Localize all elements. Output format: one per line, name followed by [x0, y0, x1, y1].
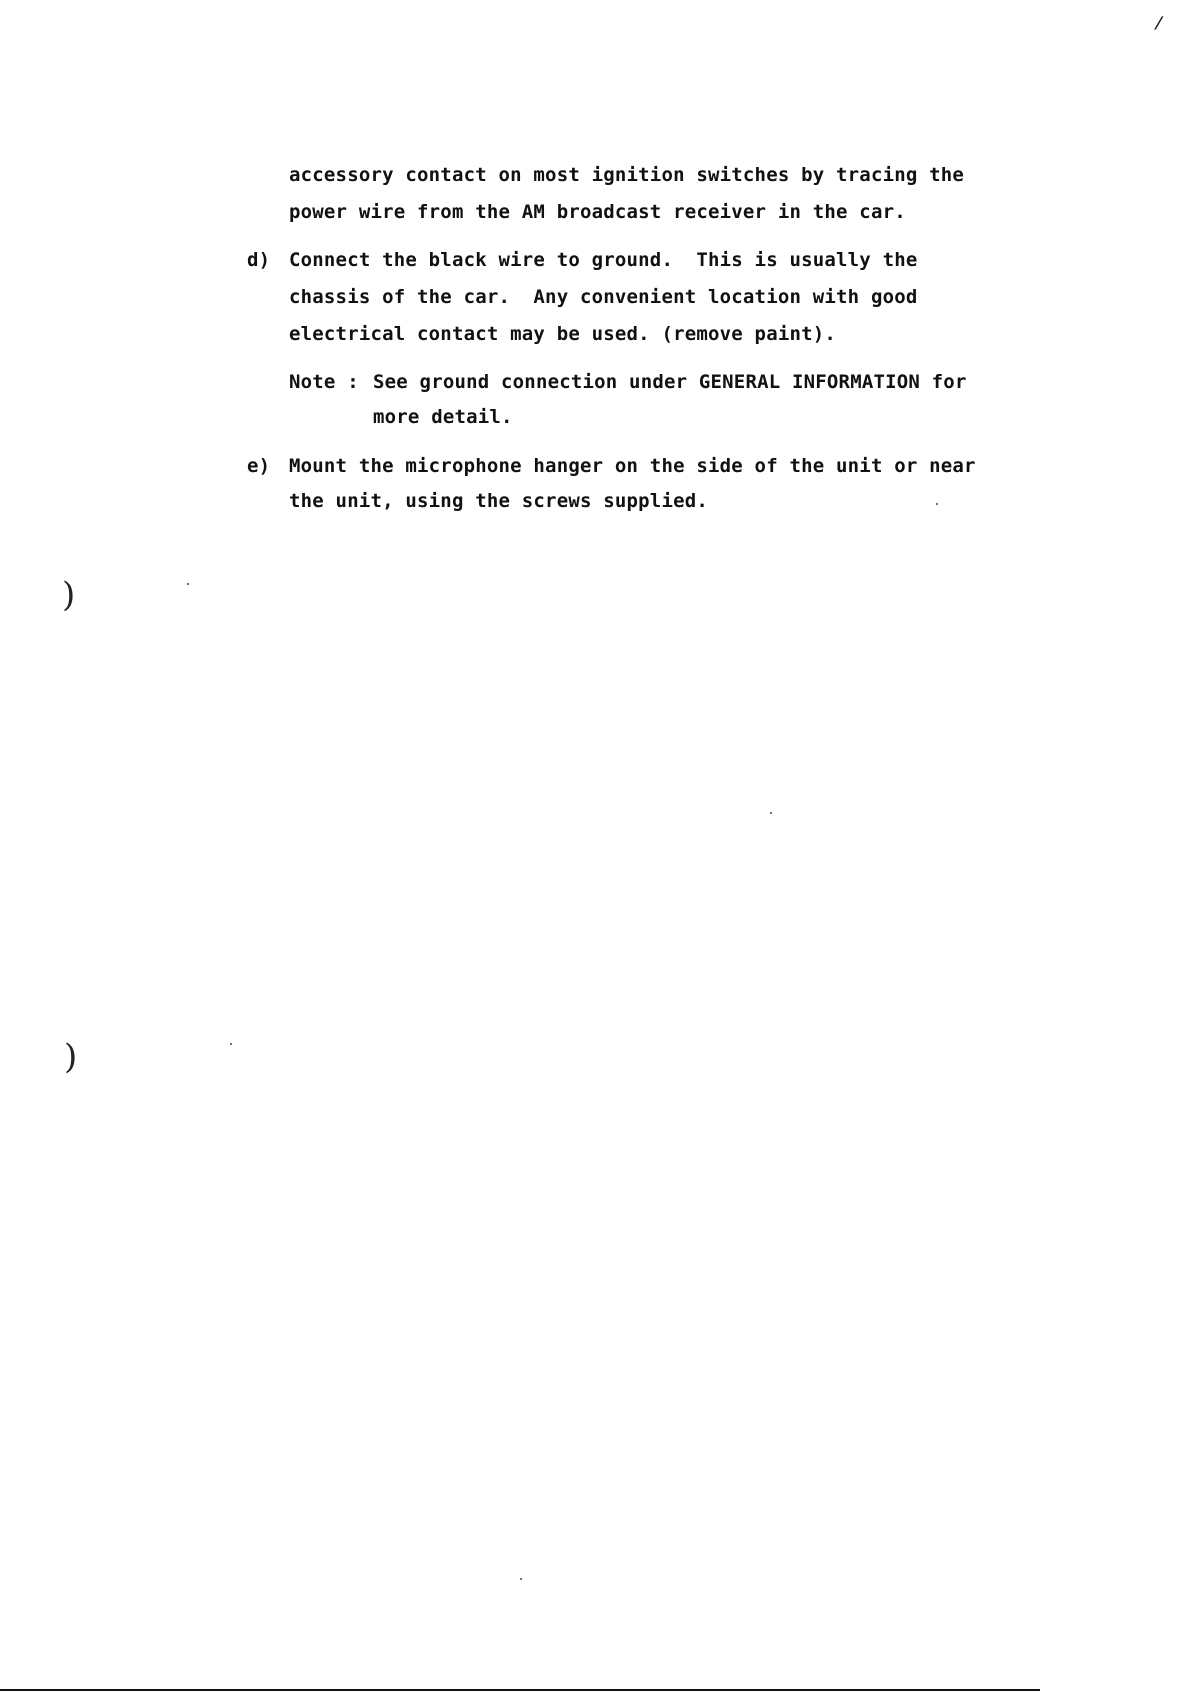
paragraph-d-marker: d): [247, 249, 270, 271]
margin-slash-mark: /: [1153, 13, 1164, 32]
paragraph-d-line-3: electrical contact may be used. (remove …: [289, 323, 836, 345]
note-line-2: more detail.: [373, 406, 513, 428]
scan-speck: [230, 1043, 232, 1045]
paragraph-c-line-2: power wire from the AM broadcast receive…: [289, 201, 906, 223]
margin-paren-mark-lower: ): [64, 1040, 77, 1074]
scan-speck: [936, 503, 938, 505]
scan-speck: [520, 1578, 522, 1580]
paragraph-e-line-2: the unit, using the screws supplied.: [289, 490, 708, 512]
scan-speck: [770, 812, 772, 814]
paragraph-d-line-2: chassis of the car. Any convenient locat…: [289, 286, 918, 308]
bottom-page-edge-rule: [0, 1689, 1040, 1691]
paragraph-e-marker: e): [247, 455, 270, 477]
margin-paren-mark-upper: ): [62, 578, 75, 612]
document-page: accessory contact on most ignition switc…: [0, 0, 1189, 1693]
note-marker: Note :: [289, 371, 359, 393]
paragraph-c-line-1: accessory contact on most ignition switc…: [289, 164, 964, 186]
paragraph-d-line-1: Connect the black wire to ground. This i…: [289, 249, 918, 271]
scan-speck: [187, 583, 189, 585]
paragraph-e-line-1: Mount the microphone hanger on the side …: [289, 455, 976, 477]
note-line-1: See ground connection under GENERAL INFO…: [373, 371, 967, 393]
